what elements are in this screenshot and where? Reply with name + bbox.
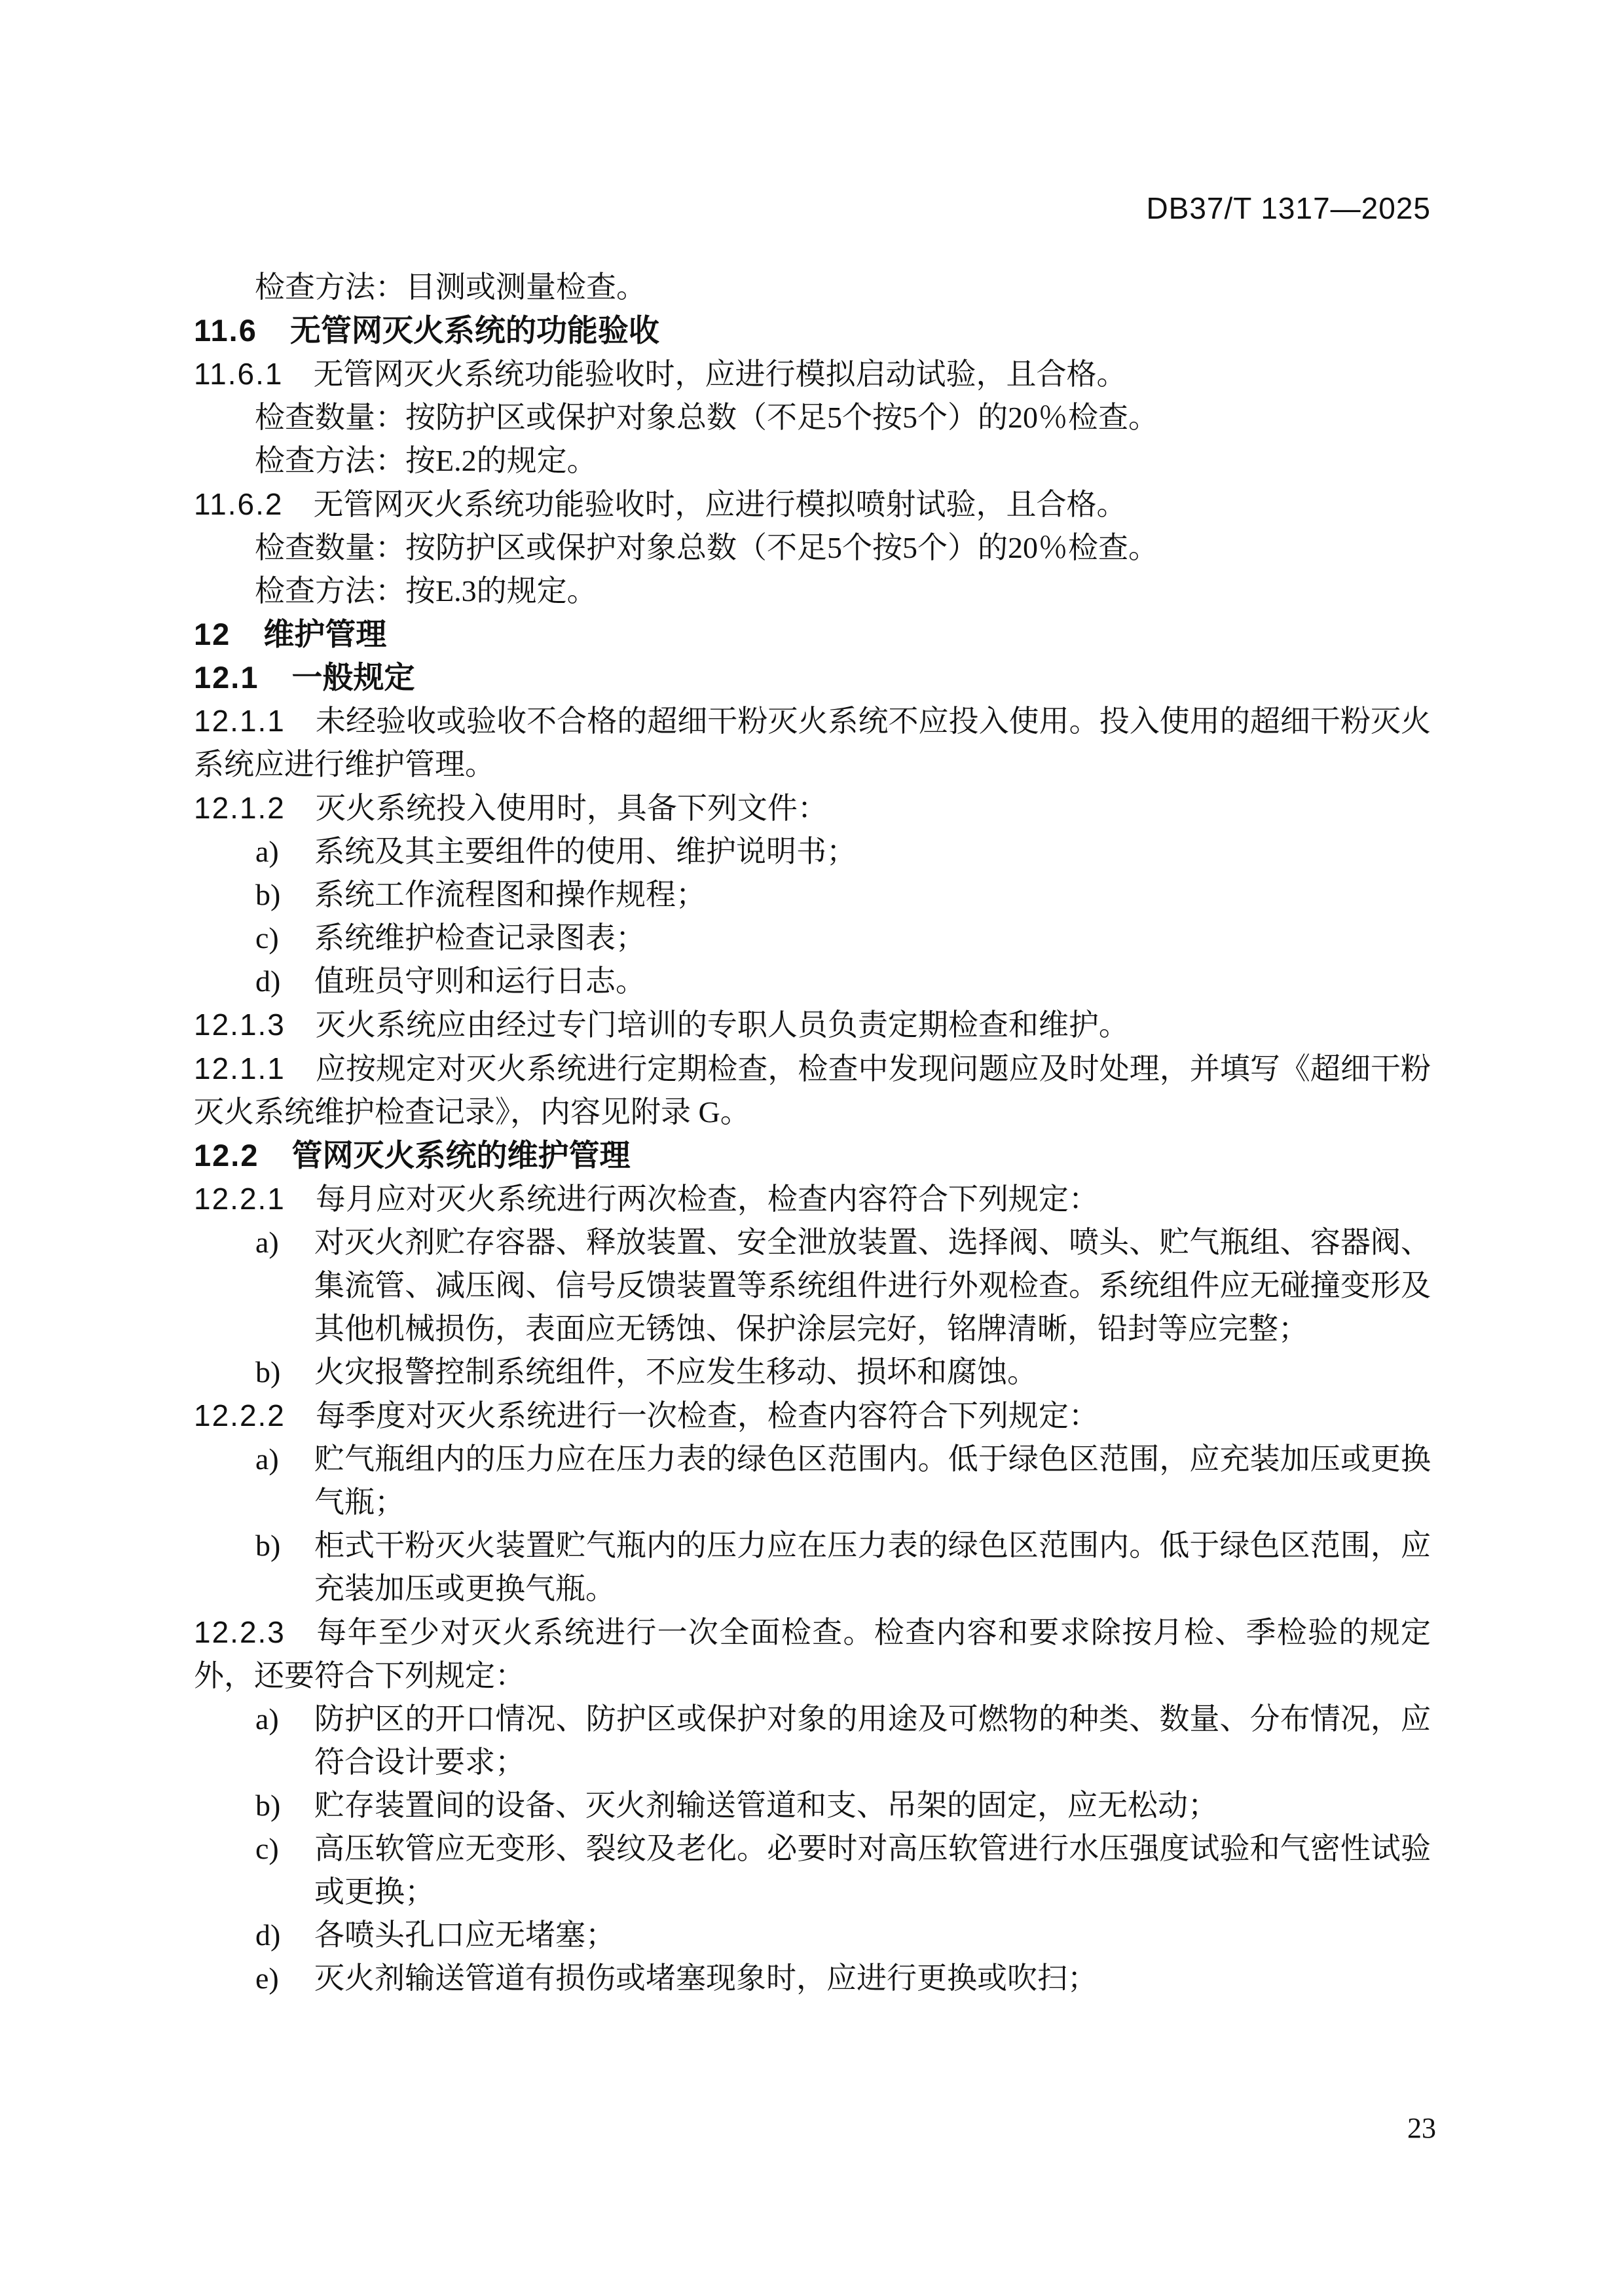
list-item-letter: b): [255, 873, 280, 917]
section-heading: 12维护管理: [194, 613, 1431, 656]
list-item-letter: a): [255, 830, 279, 873]
document-code: DB37/T 1317—2025: [1146, 191, 1431, 225]
indented-paragraph: 检查方法：按E.2的规定。: [194, 439, 1431, 483]
page-number: 23: [1407, 2112, 1436, 2145]
section-title: 无管网灭火系统的功能验收: [290, 313, 659, 348]
list-item-text: 系统维护检查记录图表；: [314, 921, 646, 955]
clause-paragraph: 12.2.2每季度对灭火系统进行一次检查，检查内容符合下列规定：: [194, 1394, 1431, 1438]
list-item-letter: d): [255, 1914, 280, 1957]
list-item: b)柜式干粉灭火装置贮气瓶内的压力应在压力表的绿色区范围内。低于绿色区范围，应充…: [194, 1524, 1431, 1611]
document-page: DB37/T 1317—2025 检查方法：目测或测量检查。11.6无管网灭火系…: [0, 0, 1624, 2296]
clause-paragraph: 12.1.3灭火系统应由经过专门培训的专职人员负责定期检查和维护。: [194, 1003, 1431, 1047]
clause-text: 每月应对灭火系统进行两次检查，检查内容符合下列规定：: [316, 1182, 1099, 1216]
list-item: b)贮存装置间的设备、灭火剂输送管道和支、吊架的固定，应无松动；: [194, 1784, 1431, 1827]
section-number: 12.1: [194, 660, 259, 695]
list-item: b)火灾报警控制系统组件，不应发生移动、损坏和腐蚀。: [194, 1351, 1431, 1394]
clause-text: 每季度对灭火系统进行一次检查，检查内容符合下列规定：: [316, 1399, 1099, 1432]
list-item-letter: b): [255, 1784, 280, 1827]
list-item-text: 防护区的开口情况、防护区或保护对象的用途及可燃物的种类、数量、分布情况，应符合设…: [314, 1702, 1431, 1779]
list-item: a)贮气瓶组内的压力应在压力表的绿色区范围内。低于绿色区范围，应充装加压或更换气…: [194, 1438, 1431, 1524]
list-item-letter: a): [255, 1221, 279, 1264]
section-heading: 12.1一般规定: [194, 656, 1431, 699]
section-number: 12.2: [194, 1138, 259, 1173]
list-item: c)系统维护检查记录图表；: [194, 917, 1431, 960]
clause-text: 灭火系统投入使用时，具备下列文件：: [316, 792, 828, 825]
list-item: a)系统及其主要组件的使用、维护说明书；: [194, 830, 1431, 873]
clause-number: 12.2.1: [194, 1182, 286, 1216]
clause-number: 11.6.2: [194, 487, 283, 521]
clause-paragraph: 12.1.1应按规定对灭火系统进行定期检查，检查中发现问题应及时处理，并填写《超…: [194, 1047, 1431, 1134]
clause-paragraph: 11.6.2无管网灭火系统功能验收时，应进行模拟喷射试验，且合格。: [194, 483, 1431, 526]
list-item: d)各喷头孔口应无堵塞；: [194, 1914, 1431, 1957]
list-item-text: 系统工作流程图和操作规程；: [314, 878, 706, 911]
list-item: a)对灭火剂贮存容器、释放装置、安全泄放装置、选择阀、喷头、贮气瓶组、容器阀、集…: [194, 1221, 1431, 1351]
list-item: d)值班员守则和运行日志。: [194, 960, 1431, 1003]
section-heading: 11.6无管网灭火系统的功能验收: [194, 309, 1431, 352]
list-item-letter: b): [255, 1524, 280, 1567]
section-title: 管网灭火系统的维护管理: [291, 1138, 630, 1173]
list-item-letter: c): [255, 1827, 279, 1870]
list-item: c)高压软管应无变形、裂纹及老化。必要时对高压软管进行水压强度试验和气密性试验或…: [194, 1827, 1431, 1914]
list-item-text: 对灭火剂贮存容器、释放装置、安全泄放装置、选择阀、喷头、贮气瓶组、容器阀、集流管…: [314, 1226, 1431, 1345]
indented-paragraph: 检查方法：按E.3的规定。: [194, 570, 1431, 613]
list-item-text: 贮存装置间的设备、灭火剂输送管道和支、吊架的固定，应无松动；: [314, 1789, 1218, 1822]
section-title: 维护管理: [263, 617, 386, 651]
list-item-text: 灭火剂输送管道有损伤或堵塞现象时，应进行更换或吹扫；: [314, 1961, 1098, 1995]
list-item-letter: b): [255, 1351, 280, 1394]
clause-paragraph: 12.2.3每年至少对灭火系统进行一次全面检查。检查内容和要求除按月检、季检验的…: [194, 1611, 1431, 1698]
section-number: 11.6: [194, 313, 257, 348]
clause-number: 12.1.3: [194, 1008, 286, 1042]
list-item-letter: d): [255, 960, 280, 1003]
clause-text: 无管网灭火系统功能验收时，应进行模拟启动试验，且合格。: [313, 357, 1126, 391]
clause-number: 11.6.1: [194, 357, 283, 391]
list-item-text: 火灾报警控制系统组件，不应发生移动、损坏和腐蚀。: [314, 1355, 1037, 1389]
clause-text: 灭火系统应由经过专门培训的专职人员负责定期检查和维护。: [316, 1008, 1129, 1042]
list-item: b)系统工作流程图和操作规程；: [194, 873, 1431, 917]
list-item-letter: a): [255, 1698, 279, 1741]
section-number: 12: [194, 617, 231, 651]
list-item-letter: a): [255, 1438, 279, 1481]
clause-number: 12.1.2: [194, 791, 286, 825]
clause-number: 12.1.1: [194, 1051, 286, 1085]
document-body: 检查方法：目测或测量检查。11.6无管网灭火系统的功能验收11.6.1无管网灭火…: [194, 266, 1431, 2000]
clause-paragraph: 12.1.2灭火系统投入使用时，具备下列文件：: [194, 786, 1431, 830]
indented-paragraph: 检查数量：按防护区或保护对象总数（不足5个按5个）的20％检查。: [194, 396, 1431, 439]
list-item-letter: e): [255, 1957, 279, 2000]
clause-text: 无管网灭火系统功能验收时，应进行模拟喷射试验，且合格。: [313, 488, 1126, 521]
clause-number: 12.2.2: [194, 1398, 286, 1432]
list-item-text: 系统及其主要组件的使用、维护说明书；: [314, 835, 857, 868]
clause-number: 12.2.3: [194, 1615, 286, 1649]
list-item-letter: c): [255, 917, 279, 960]
list-item-text: 贮气瓶组内的压力应在压力表的绿色区范围内。低于绿色区范围，应充装加压或更换气瓶；: [314, 1442, 1431, 1519]
clause-text: 每年至少对灭火系统进行一次全面检查。检查内容和要求除按月检、季检验的规定外，还要…: [194, 1616, 1431, 1692]
section-heading: 12.2管网灭火系统的维护管理: [194, 1134, 1431, 1177]
indented-paragraph: 检查数量：按防护区或保护对象总数（不足5个按5个）的20％检查。: [194, 526, 1431, 570]
list-item: a)防护区的开口情况、防护区或保护对象的用途及可燃物的种类、数量、分布情况，应符…: [194, 1698, 1431, 1784]
clause-number: 12.1.1: [194, 704, 286, 738]
list-item-text: 高压软管应无变形、裂纹及老化。必要时对高压软管进行水压强度试验和气密性试验或更换…: [314, 1832, 1431, 1908]
list-item-text: 柜式干粉灭火装置贮气瓶内的压力应在压力表的绿色区范围内。低于绿色区范围，应充装加…: [314, 1529, 1431, 1605]
list-item-text: 各喷头孔口应无堵塞；: [314, 1918, 616, 1952]
list-item-text: 值班员守则和运行日志。: [314, 964, 646, 998]
clause-text: 未经验收或验收不合格的超细干粉灭火系统不应投入使用。投入使用的超细干粉灭火系统应…: [194, 704, 1431, 781]
list-item: e)灭火剂输送管道有损伤或堵塞现象时，应进行更换或吹扫；: [194, 1957, 1431, 2000]
clause-paragraph: 11.6.1无管网灭火系统功能验收时，应进行模拟启动试验，且合格。: [194, 352, 1431, 396]
section-title: 一般规定: [291, 660, 415, 695]
clause-text: 应按规定对灭火系统进行定期检查，检查中发现问题应及时处理，并填写《超细干粉灭火系…: [194, 1052, 1431, 1129]
clause-paragraph: 12.1.1未经验收或验收不合格的超细干粉灭火系统不应投入使用。投入使用的超细干…: [194, 699, 1431, 786]
indented-paragraph: 检查方法：目测或测量检查。: [194, 266, 1431, 309]
clause-paragraph: 12.2.1每月应对灭火系统进行两次检查，检查内容符合下列规定：: [194, 1177, 1431, 1221]
